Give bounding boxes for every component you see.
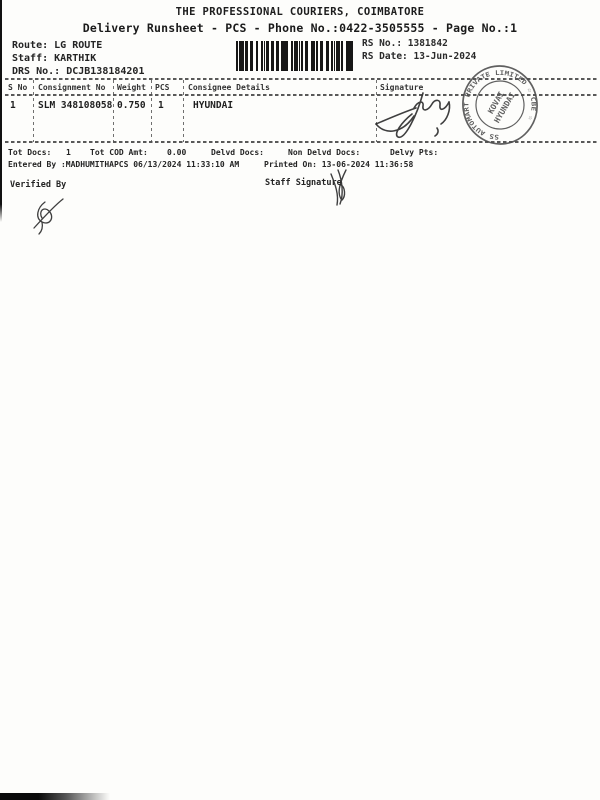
cell-weight: 0.750: [117, 100, 146, 111]
cell-sno: 1: [10, 100, 16, 111]
runsheet-subtitle: Delivery Runsheet - PCS - Phone No.:0422…: [0, 21, 600, 35]
scan-edge-artifact-bottom: [0, 793, 110, 800]
tot-cod-value: 0.00: [167, 148, 186, 157]
column-header-consignment-no: Consignment No: [38, 83, 105, 92]
column-separator: [151, 80, 152, 142]
verified-by-label: Verified By: [10, 180, 66, 190]
staff-label: Staff:: [12, 53, 48, 64]
column-separator: [113, 80, 114, 142]
non-delvd-docs-label: Non Delvd Docs:: [288, 148, 360, 157]
column-separator: [33, 80, 34, 142]
company-title: THE PROFESSIONAL COURIERS, COIMBATORE: [0, 6, 600, 18]
column-header-consignee-details: Consignee Details: [188, 83, 270, 92]
staff-value: KARTHIK: [54, 53, 96, 64]
rs-number: RS No.: 1381842: [362, 38, 448, 49]
cell-consignee: HYUNDAI: [193, 100, 233, 111]
column-header-sno: S No: [8, 83, 27, 92]
drs-label: DRS No.:: [12, 66, 60, 77]
column-header-weight: Weight: [117, 83, 146, 92]
column-separator: [183, 80, 184, 142]
tot-docs-value: 1: [66, 148, 71, 157]
barcode: [236, 41, 354, 71]
route-value: LG ROUTE: [54, 40, 102, 51]
delvd-docs-label: Delvd Docs:: [211, 148, 264, 157]
route-line: Route: LG ROUTE: [12, 40, 102, 51]
route-label: Route:: [12, 40, 48, 51]
column-header-pcs: PCS: [155, 83, 169, 92]
tot-cod-label: Tot COD Amt:: [90, 148, 148, 157]
tot-docs-label: Tot Docs:: [8, 148, 51, 157]
staff-line: Staff: KARTHIK: [12, 53, 96, 64]
company-stamp: SS AUTOMART PRIVATE LIMITED ☆ CBE ☆ KOVA…: [455, 60, 545, 150]
staff-signature-scribble: [318, 166, 354, 210]
consignee-signature-scribble: [372, 86, 457, 142]
drs-value: DCJB138184201: [66, 66, 144, 77]
delvy-pts-label: Delvy Pts:: [390, 148, 438, 157]
drs-line: DRS No.: DCJB138184201: [12, 66, 144, 77]
verified-signature-scribble: [26, 192, 70, 236]
cell-consignment-no: SLM 348108058: [38, 100, 112, 111]
delivery-runsheet-document: THE PROFESSIONAL COURIERS, COIMBATORE De…: [0, 0, 600, 800]
cell-pcs: 1: [158, 100, 164, 111]
entered-by-line: Entered By :MADHUMITHAPCS 06/13/2024 11:…: [8, 160, 239, 169]
